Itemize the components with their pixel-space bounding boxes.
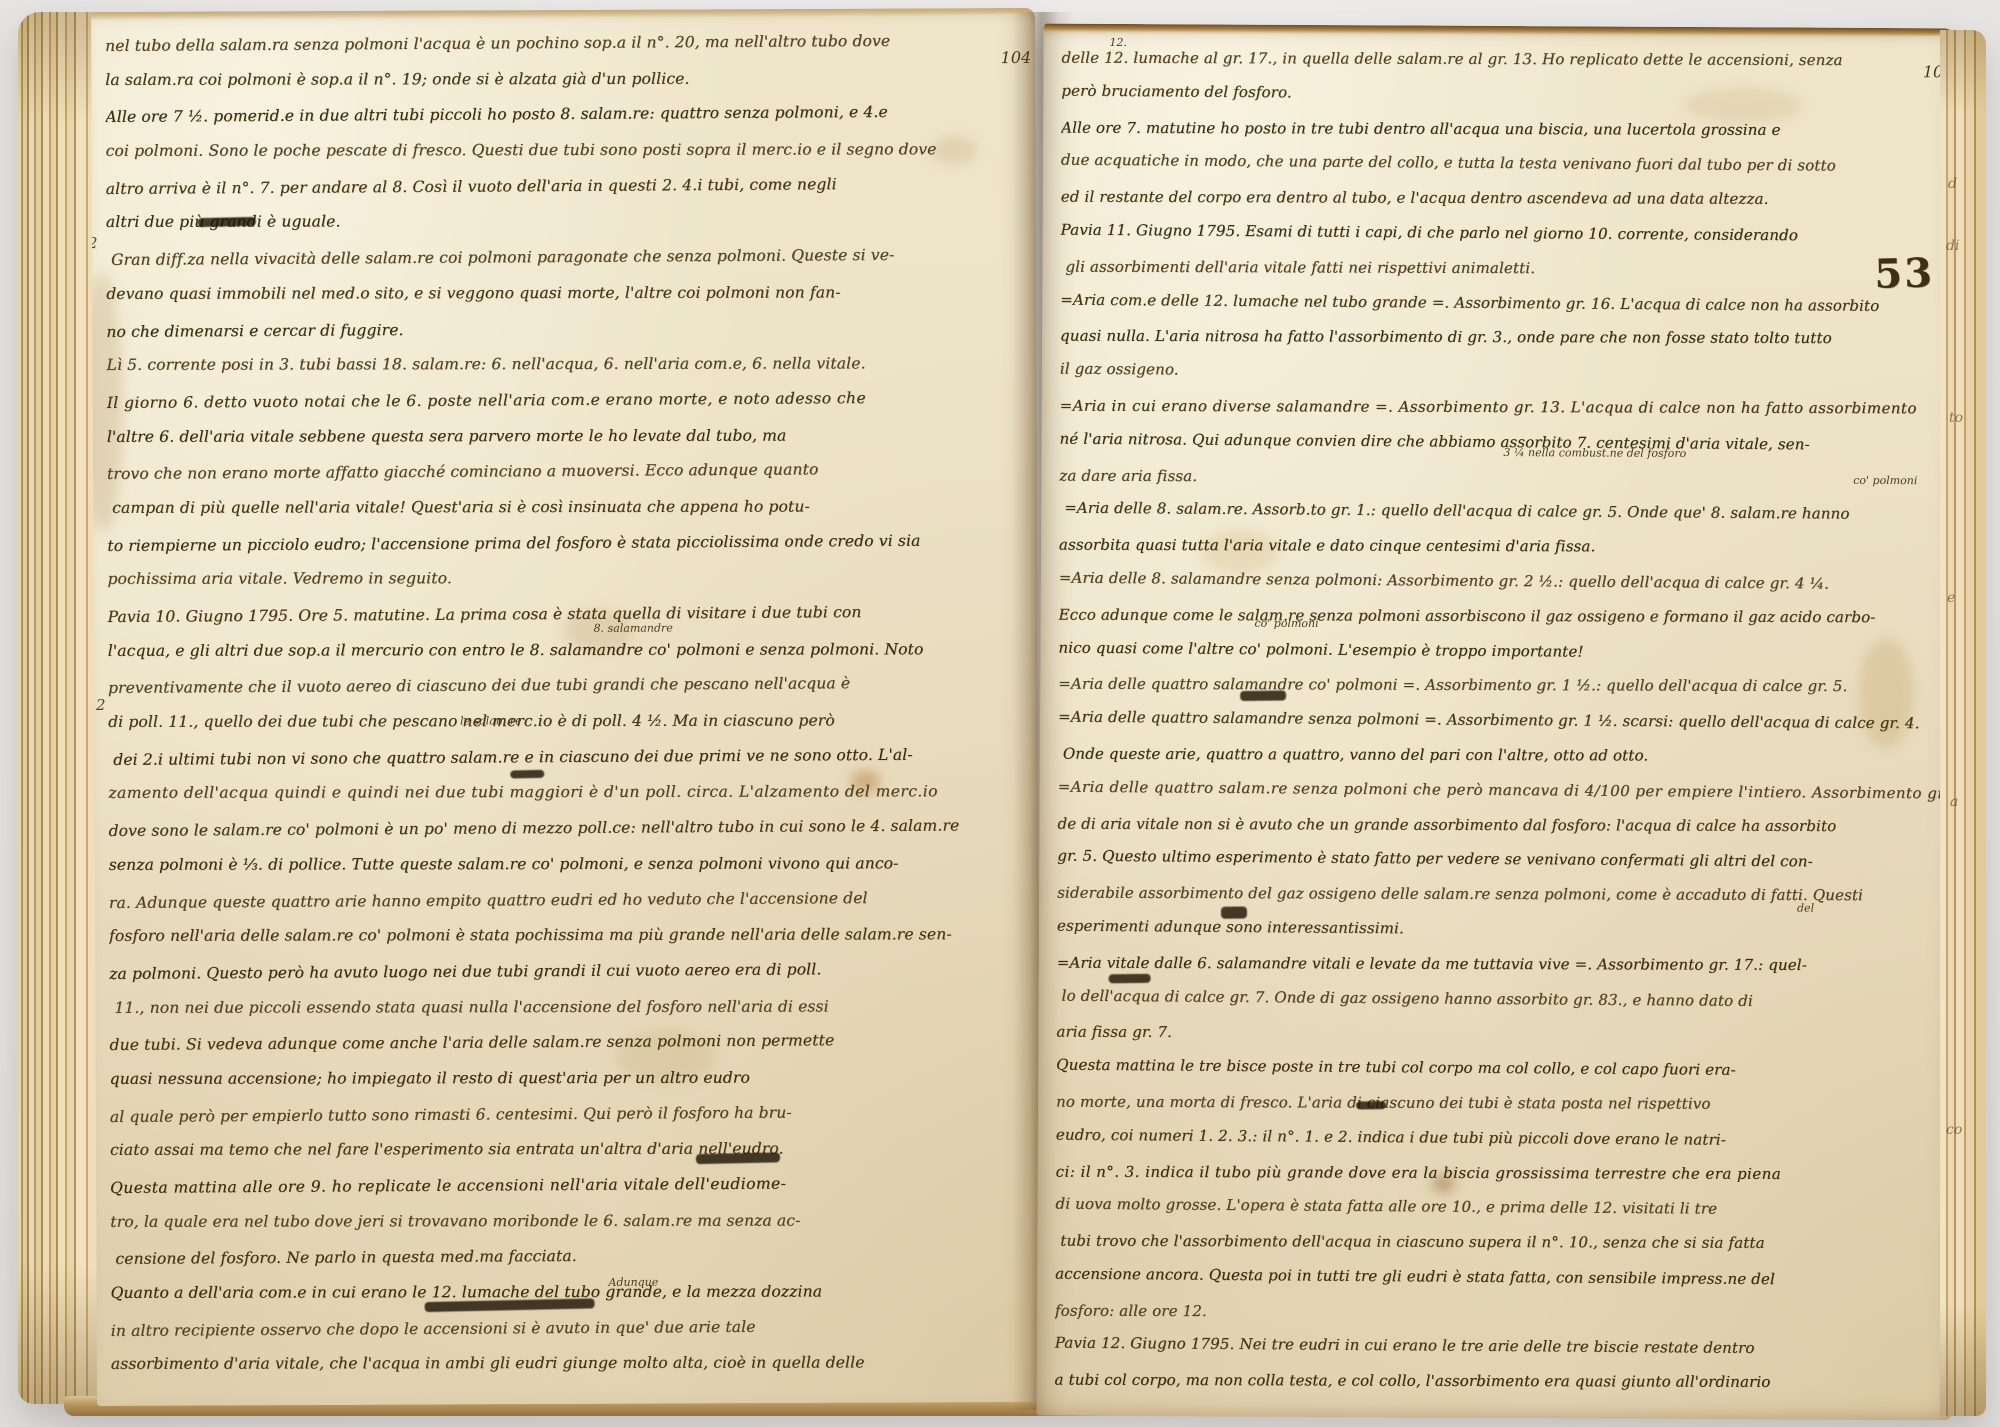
manuscript-line: fosforo: alle ore 12. bbox=[1055, 1293, 1943, 1331]
manuscript-line: no che dimenarsi e cercar di fuggire. bbox=[106, 309, 1022, 351]
left-page: 104 2 2 nel tubo della salam.ra senza po… bbox=[91, 8, 1041, 1406]
manuscript-line: =Aria delle 8. salamandre senza polmoni:… bbox=[1059, 561, 1947, 603]
manuscript-line: quasi nessuna accensione; ho impiegato i… bbox=[110, 1060, 1026, 1097]
manuscript-line: l'acqua, e gli altri due sop.a il mercur… bbox=[108, 632, 1024, 669]
manuscript-line: Questa mattina le tre bisce poste in tre… bbox=[1056, 1048, 1944, 1090]
ink-blot bbox=[1240, 690, 1286, 701]
manuscript-line: gli assorbimenti dell'aria vitale fatti … bbox=[1060, 249, 1948, 287]
fore-edge-fragment: co bbox=[1946, 1122, 1962, 1138]
manuscript-line: devano quasi immobili nel med.o sito, e … bbox=[106, 275, 1022, 312]
manuscript-line: l'altre 6. dell'aria vitale sebbene ques… bbox=[107, 418, 1023, 455]
manuscript-line: 11., non nei due piccoli essendo stata q… bbox=[109, 989, 1025, 1026]
fore-edge-fragment: di bbox=[1946, 238, 1959, 254]
manuscript-line: ed il restante del corpo era dentro al t… bbox=[1061, 180, 1949, 218]
manuscript-line: al quale però per empierlo tutto sono ri… bbox=[110, 1094, 1026, 1136]
manuscript-line: altro arriva è il n°. 7. per andare al 8… bbox=[106, 166, 1022, 208]
manuscript-line: censione del fosforo. Ne parlo in questa… bbox=[110, 1236, 1026, 1278]
margin-mark: 2 bbox=[96, 696, 106, 714]
manuscript-line: Alle ore 7 ½. pomerid.e in due altri tub… bbox=[105, 94, 1021, 136]
manuscript-line: eudro, coi numeri 1. 2. 3.: il n°. 1. e … bbox=[1056, 1117, 1944, 1159]
manuscript-line: za polmoni. Questo però ha avuto luogo n… bbox=[109, 951, 1025, 993]
manuscript-line: Onde queste arie, quattro a quattro, van… bbox=[1058, 737, 1946, 775]
manuscript-line: za dare aria fissa. bbox=[1059, 458, 1947, 496]
manuscript-line: tubi trovo che l'assorbimento dell'acqua… bbox=[1055, 1224, 1943, 1262]
right-fore-edge: dditoeaco bbox=[1940, 30, 1986, 1416]
ink-blot bbox=[1221, 906, 1247, 918]
right-page-text: delle 12. lumache al gr. 17., in quella … bbox=[1054, 40, 1949, 1402]
manuscript-line: =Aria in cui erano diverse salamandre =.… bbox=[1060, 389, 1948, 427]
manuscript-line: dove sono le salam.re co' polmoni è un p… bbox=[108, 808, 1024, 850]
right-page-top-edge bbox=[1044, 24, 1960, 39]
manuscript-line: assorbita quasi tutta l'aria vitale e da… bbox=[1059, 528, 1947, 566]
manuscript-line: coi polmoni. Sono le poche pescate di fr… bbox=[106, 132, 1022, 169]
manuscript-line: senza polmoni è ⅓. di pollice. Tutte que… bbox=[109, 846, 1025, 883]
left-page-top-edge bbox=[91, 8, 1035, 20]
manuscript-line: preventivamente che il vuoto aereo di ci… bbox=[108, 665, 1024, 707]
manuscript-line: =Aria vitale dalle 6. salamandre vitali … bbox=[1057, 945, 1945, 983]
ink-blot bbox=[198, 217, 256, 227]
open-notebook: 104 2 2 nel tubo della salam.ra senza po… bbox=[18, 4, 1986, 1416]
ink-blot bbox=[1356, 1101, 1386, 1109]
fore-edge-fragment: a bbox=[1950, 794, 1958, 810]
manuscript-line: =Aria delle quattro salam.re senza polmo… bbox=[1058, 769, 1946, 811]
manuscript-line: Pavia 10. Giugno 1795. Ore 5. matutine. … bbox=[107, 594, 1023, 636]
right-page: 105 53 delle 12. lumache al gr. 17., in … bbox=[1036, 24, 1959, 1421]
manuscript-line: =Aria com.e delle 12. lumache nel tubo g… bbox=[1060, 282, 1948, 324]
margin-mark: 2 bbox=[91, 234, 98, 252]
fore-edge-fragment: to bbox=[1949, 410, 1963, 426]
manuscript-line: Pavia 12. Giugno 1795. Nei tre eudri in … bbox=[1055, 1326, 1943, 1368]
manuscript-line: ci: il n°. 3. indica il tubo più grande … bbox=[1056, 1154, 1944, 1192]
manuscript-line: trovo che non erano morte affatto giacch… bbox=[107, 451, 1023, 493]
fore-edge-fragment: e bbox=[1947, 590, 1955, 606]
manuscript-line: due acquatiche in modo, che una parte de… bbox=[1061, 143, 1949, 185]
manuscript-line: la salam.ra coi polmoni è sop.a il n°. 1… bbox=[105, 61, 1021, 98]
manuscript-line: ciato assai ma temo che nel fare l'esper… bbox=[110, 1131, 1026, 1168]
manuscript-line: zamento dell'acqua quindi e quindi nei d… bbox=[108, 775, 1024, 812]
manuscript-line: Lì 5. corrente posi in 3. tubi bassi 18.… bbox=[106, 346, 1022, 383]
manuscript-line: to riempierne un picciolo eudro; l'accen… bbox=[107, 523, 1023, 565]
manuscript-line: dei 2.i ultimi tubi non vi sono che quat… bbox=[108, 737, 1024, 779]
manuscript-line: accensione ancora. Questa poi in tutti t… bbox=[1055, 1256, 1943, 1298]
manuscript-line: esperimenti adunque sono interessantissi… bbox=[1057, 909, 1945, 951]
manuscript-line: campan di più quelle nell'aria vitale! Q… bbox=[107, 489, 1023, 526]
manuscript-line: =Aria delle quattro salamandre senza pol… bbox=[1058, 700, 1946, 742]
ink-blot bbox=[1109, 974, 1151, 984]
manuscript-line: in altro recipiente osservo che dopo le … bbox=[111, 1308, 1027, 1350]
page-number-left: 104 bbox=[1001, 48, 1032, 67]
manuscript-line: ra. Adunque queste quattro arie hanno em… bbox=[109, 880, 1025, 922]
manuscript-line: Pavia 11. Giugno 1795. Esami di tutti i … bbox=[1060, 213, 1948, 255]
manuscript-line: di uova molto grosse. L'opera è stata fa… bbox=[1055, 1187, 1943, 1229]
manuscript-line: nel tubo della salam.ra senza polmoni l'… bbox=[105, 23, 1021, 65]
manuscript-line: però bruciamento del fosforo. bbox=[1061, 73, 1949, 115]
manuscript-line: aria fissa gr. 7. bbox=[1056, 1015, 1944, 1053]
manuscript-line: pochissima aria vitale. Vedremo in segui… bbox=[107, 560, 1023, 597]
manuscript-line: nico quasi come l'altre co' polmoni. L'e… bbox=[1058, 630, 1946, 672]
manuscript-line: delle 12. lumache al gr. 17., in quella … bbox=[1061, 41, 1949, 79]
manuscript-line: Ecco adunque come le salam.re senza polm… bbox=[1059, 597, 1947, 635]
manuscript-line: né l'aria nitrosa. Qui adunque convien d… bbox=[1059, 421, 1947, 463]
manuscript-line: Alle ore 7. matutine ho posto in tre tub… bbox=[1061, 110, 1949, 148]
manuscript-line: fosforo nell'aria delle salam.re co' pol… bbox=[109, 917, 1025, 954]
manuscript-line: no morte, una morta di fresco. L'aria di… bbox=[1056, 1085, 1944, 1123]
ink-blot bbox=[510, 770, 544, 779]
manuscript-line: Il giorno 6. detto vuoto notai che le 6.… bbox=[107, 380, 1023, 422]
folio-stamp: 53 bbox=[1874, 250, 1935, 298]
manuscript-line: di poll. 11., quello dei due tubi che pe… bbox=[108, 703, 1024, 740]
manuscript-line: siderabile assorbimento del gaz ossigeno… bbox=[1057, 876, 1945, 914]
photo-background: 104 2 2 nel tubo della salam.ra senza po… bbox=[0, 0, 2000, 1427]
manuscript-line: gr. 5. Questo ultimo esperimento è stato… bbox=[1057, 839, 1945, 881]
left-page-text: nel tubo della salam.ra senza polmoni l'… bbox=[105, 24, 1027, 1384]
ink-blot bbox=[696, 1152, 780, 1164]
manuscript-line: due tubi. Si vedeva adunque come anche l… bbox=[109, 1022, 1025, 1064]
manuscript-line: =Aria delle 8. salam.re. Assorb.to gr. 1… bbox=[1059, 491, 1947, 533]
manuscript-line: lo dell'acqua di calce gr. 7. Onde di ga… bbox=[1056, 978, 1944, 1020]
manuscript-line: il gaz ossigeno. bbox=[1060, 352, 1948, 394]
manuscript-line: a tubi col corpo, ma non colla testa, e … bbox=[1054, 1363, 1942, 1401]
fore-edge-text-fragments: dditoeaco bbox=[1944, 30, 1984, 1416]
manuscript-line: quasi nulla. L'aria nitrosa ha fatto l'a… bbox=[1060, 319, 1948, 357]
left-page-edges bbox=[18, 12, 98, 1404]
fore-edge-fragment: d bbox=[1948, 176, 1957, 192]
manuscript-line: tro, la quale era nel tubo dove jeri si … bbox=[110, 1203, 1026, 1240]
manuscript-line: Questa mattina alle ore 9. ho replicate … bbox=[110, 1165, 1026, 1207]
manuscript-line: assorbimento d'aria vitale, che l'acqua … bbox=[111, 1346, 1027, 1383]
manuscript-line: de di aria vitale non si è avuto che un … bbox=[1057, 806, 1945, 844]
manuscript-line: Gran diff.za nella vivacità delle salam.… bbox=[106, 237, 1022, 279]
manuscript-line: =Aria delle quattro salamandre co' polmo… bbox=[1058, 667, 1946, 705]
